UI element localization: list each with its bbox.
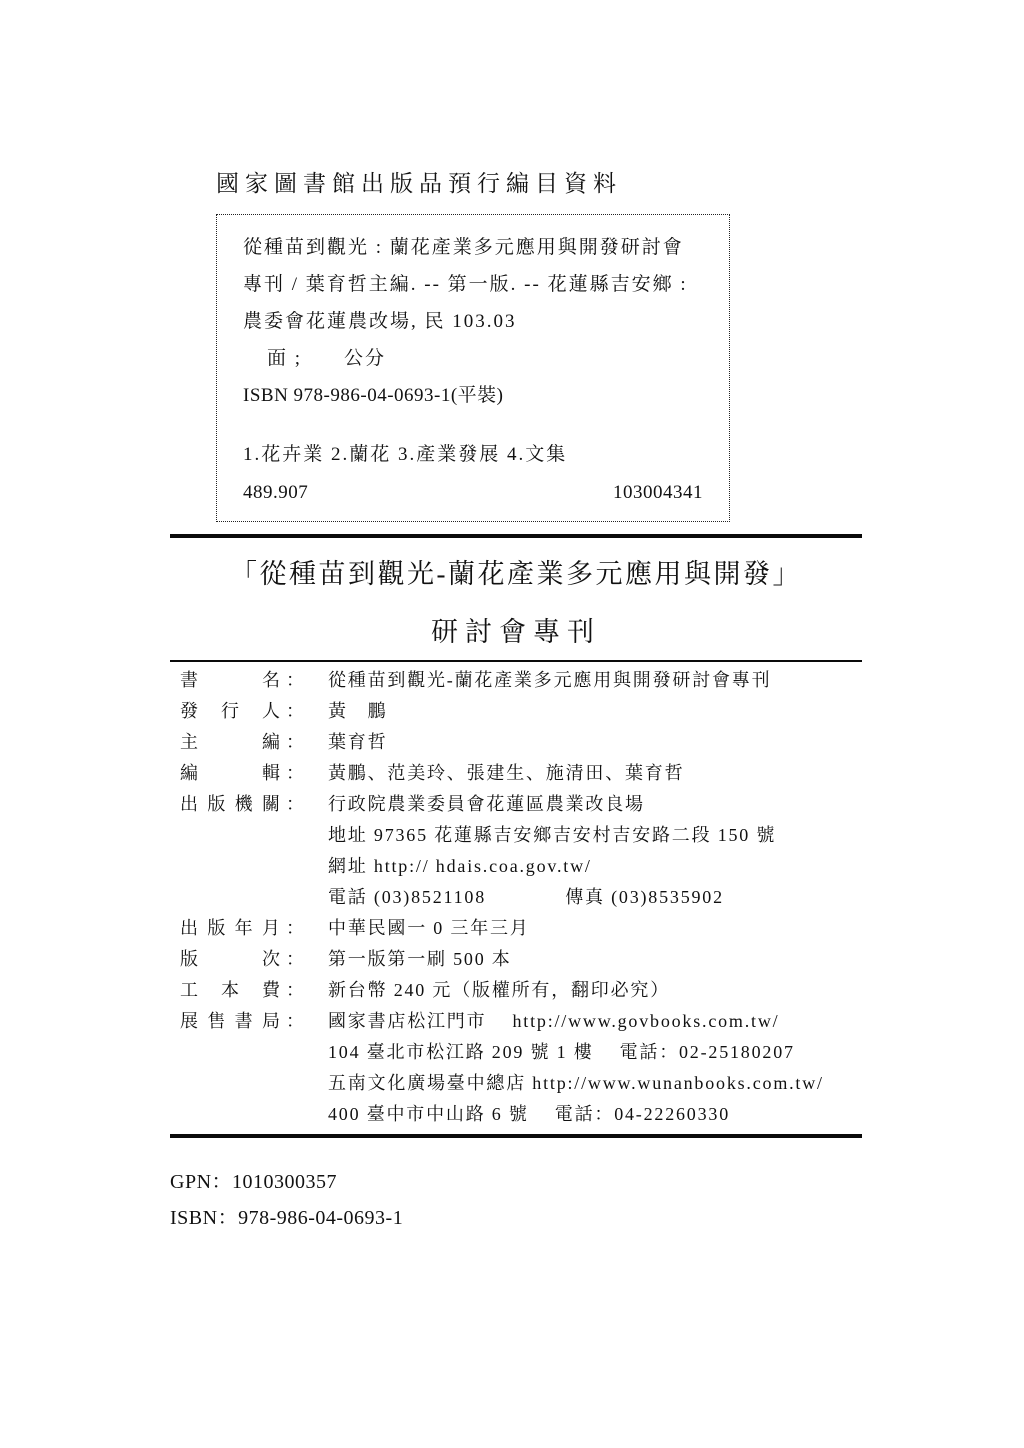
cip-header: 國家圖書館出版品預行編目資料 [216, 168, 862, 200]
field-label: 發行人 [180, 696, 280, 727]
cip-spacer [243, 414, 703, 436]
field-label: 出版機關 [180, 789, 280, 820]
cip-record-number: 103004341 [613, 475, 703, 511]
field-colon: ： [286, 696, 306, 727]
cip-title-line-1: 從種苗到觀光 : 蘭花產業多元應用與開發研討會 [243, 229, 703, 266]
field-colon: ： [286, 665, 306, 696]
field-label: 出版年月 [180, 913, 280, 944]
subline-website: 網址 http:// hdais.coa.gov.tw/ [170, 851, 862, 882]
cip-isbn: ISBN 978-986-04-0693-1(平裝) [243, 377, 703, 414]
field-label: 展售書局 [180, 1006, 280, 1037]
field-colon: ： [286, 975, 306, 1006]
field-label: 工本費 [180, 975, 280, 1006]
row-edition: 版次 ： 第一版第一刷 500 本 [170, 944, 862, 975]
row-publisher-person: 發行人 ： 黃 鵬 [170, 696, 862, 727]
row-publication-date: 出版年月 ： 中華民國一 0 三年三月 [170, 913, 862, 944]
field-colon: ： [286, 758, 306, 789]
divider-top [170, 534, 862, 538]
cip-box: 從種苗到觀光 : 蘭花產業多元應用與開發研討會 專刊 / 葉育哲主編. -- 第… [216, 214, 730, 522]
field-value: 中華民國一 0 三年三月 [328, 913, 530, 944]
colophon-table: 書名 ： 從種苗到觀光-蘭花產業多元應用與開發研討會專刊 發行人 ： 黃 鵬 主… [170, 665, 862, 1130]
field-colon: ： [286, 944, 306, 975]
cip-title-line-2: 專刊 / 葉育哲主編. -- 第一版. -- 花蓮縣吉安鄉 : [243, 266, 703, 303]
field-colon: ： [286, 789, 306, 820]
row-publishing-agency: 出版機關 ： 行政院農業委員會花蓮區農業改良場 [170, 789, 862, 820]
field-value: 400 臺中市中山路 6 號 電話：04-22260330 [328, 1099, 730, 1130]
book-title-line-1: 「從種苗到觀光-蘭花產業多元應用與開發」 [170, 552, 862, 596]
field-colon: ： [286, 727, 306, 758]
footer-identifiers: GPN：1010300357 ISBN：978-986-04-0693-1 [170, 1164, 862, 1236]
field-value: 電話 (03)8521108 傳真 (03)8535902 [328, 882, 724, 913]
field-colon: ： [286, 913, 306, 944]
row-chief-editor: 主編 ： 葉育哲 [170, 727, 862, 758]
row-book-name: 書名 ： 從種苗到觀光-蘭花產業多元應用與開發研討會專刊 [170, 665, 862, 696]
divider-under-title [170, 660, 862, 662]
colophon-page: 國家圖書館出版品預行編目資料 從種苗到觀光 : 蘭花產業多元應用與開發研討會 專… [0, 0, 1024, 1448]
divider-bottom [170, 1134, 862, 1138]
cip-subjects: 1.花卉業 2.蘭花 3.產業發展 4.文集 [243, 436, 703, 473]
field-value: 黃鵬、范美玲、張建生、施清田、葉育哲 [328, 758, 684, 789]
cip-class-number: 489.907 [243, 475, 308, 511]
field-value: 黃 鵬 [328, 696, 387, 727]
field-value: 國家書店松江門市 http://www.govbooks.com.tw/ [328, 1006, 779, 1037]
field-label: 書名 [180, 665, 280, 696]
field-label: 主編 [180, 727, 280, 758]
subline-phone-fax: 電話 (03)8521108 傳真 (03)8535902 [170, 882, 862, 913]
field-value: 葉育哲 [328, 727, 387, 758]
subline-address: 地址 97365 花蓮縣吉安鄉吉安村吉安路二段 150 號 [170, 820, 862, 851]
cip-section: 國家圖書館出版品預行編目資料 從種苗到觀光 : 蘭花產業多元應用與開發研討會 專… [216, 168, 862, 522]
subline-taipei-store: 104 臺北市松江路 209 號 1 樓 電話：02-25180207 [170, 1037, 862, 1068]
row-editors: 編輯 ： 黃鵬、范美玲、張建生、施清田、葉育哲 [170, 758, 862, 789]
cip-footer: 489.907 103004341 [243, 475, 703, 511]
field-value: 網址 http:// hdais.coa.gov.tw/ [328, 851, 592, 882]
cip-collation: 面 ; 公分 [243, 340, 703, 377]
field-value: 行政院農業委員會花蓮區農業改良場 [328, 789, 645, 820]
book-title-line-2: 研討會專刊 [170, 610, 862, 654]
field-value: 從種苗到觀光-蘭花產業多元應用與開發研討會專刊 [328, 665, 771, 696]
row-price: 工本費 ： 新台幣 240 元（版權所有，翻印必究） [170, 975, 862, 1006]
field-value: 新台幣 240 元（版權所有，翻印必究） [328, 975, 670, 1006]
field-value: 104 臺北市松江路 209 號 1 樓 電話：02-25180207 [328, 1037, 795, 1068]
cip-imprint-line: 農委會花蓮農改場, 民 103.03 [243, 303, 703, 340]
subline-taichung-store: 400 臺中市中山路 6 號 電話：04-22260330 [170, 1099, 862, 1130]
isbn-number: ISBN：978-986-04-0693-1 [170, 1200, 862, 1236]
field-value: 第一版第一刷 500 本 [328, 944, 512, 975]
field-label: 編輯 [180, 758, 280, 789]
field-label: 版次 [180, 944, 280, 975]
field-value: 五南文化廣場臺中總店 http://www.wunanbooks.com.tw/ [328, 1068, 824, 1099]
field-value: 地址 97365 花蓮縣吉安鄉吉安村吉安路二段 150 號 [328, 820, 776, 851]
gpn-number: GPN：1010300357 [170, 1164, 862, 1200]
field-colon: ： [286, 1006, 306, 1037]
subline-wunan-store: 五南文化廣場臺中總店 http://www.wunanbooks.com.tw/ [170, 1068, 862, 1099]
row-bookstores: 展售書局 ： 國家書店松江門市 http://www.govbooks.com.… [170, 1006, 862, 1037]
